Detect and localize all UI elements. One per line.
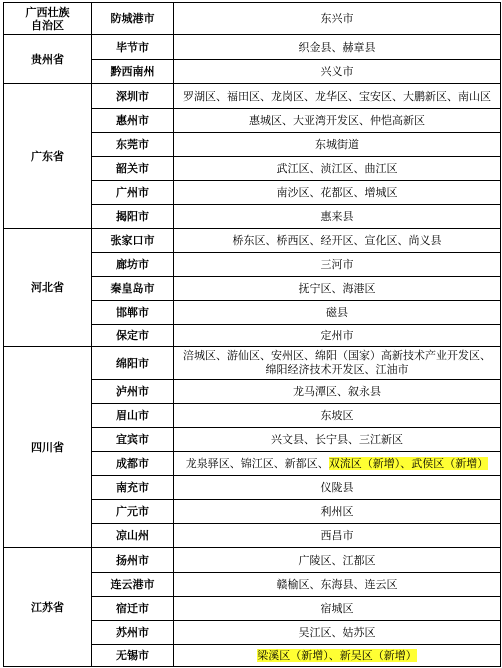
areas-cell: 涪城区、游仙区、安州区、绵阳（国家）高新技术产业开发区、 绵阳经济技术开发区、江… bbox=[174, 347, 501, 380]
areas-cell: 梁溪区（新增）、新吴区（新增） bbox=[174, 645, 501, 667]
areas-cell: 惠城区、大亚湾开发区、仲恺高新区 bbox=[174, 109, 501, 133]
city-cell: 凉山州 bbox=[92, 524, 174, 548]
city-cell: 连云港市 bbox=[92, 573, 174, 597]
areas-cell: 兴文县、长宁县、三江新区 bbox=[174, 428, 501, 452]
province-cell: 河北省 bbox=[4, 229, 92, 347]
areas-cell: 龙马潭区、叙永县 bbox=[174, 380, 501, 404]
table-row: 贵州省 毕节市 织金县、赫章县 bbox=[4, 35, 501, 60]
areas-cell: 东城街道 bbox=[174, 133, 501, 157]
table-row: 广西壮族 自治区 防城港市 东兴市 bbox=[4, 3, 501, 35]
areas-line1: 涪城区、游仙区、安州区、绵阳（国家）高新技术产业开发区、 bbox=[176, 349, 498, 363]
city-cell: 张家口市 bbox=[92, 229, 174, 253]
areas-cell: 龙泉驿区、锦江区、新都区、双流区（新增）、武侯区（新增） bbox=[174, 452, 501, 476]
city-cell: 无锡市 bbox=[92, 645, 174, 667]
areas-cell: 赣榆区、东海县、连云区 bbox=[174, 573, 501, 597]
table-row: 江苏省 扬州市 广陵区、江都区 bbox=[4, 548, 501, 573]
province-cell: 广东省 bbox=[4, 84, 92, 229]
province-cell: 广西壮族 自治区 bbox=[4, 3, 92, 35]
city-cell: 秦皇岛市 bbox=[92, 277, 174, 301]
city-cell: 东莞市 bbox=[92, 133, 174, 157]
city-cell: 绵阳市 bbox=[92, 347, 174, 380]
areas-cell: 利州区 bbox=[174, 500, 501, 524]
areas-cell: 武江区、浈江区、曲江区 bbox=[174, 157, 501, 181]
city-cell: 广元市 bbox=[92, 500, 174, 524]
areas-cell: 吴江区、姑苏区 bbox=[174, 621, 501, 645]
city-cell: 揭阳市 bbox=[92, 205, 174, 229]
province-cell: 贵州省 bbox=[4, 35, 92, 84]
city-cell: 廊坊市 bbox=[92, 253, 174, 277]
city-cell: 深圳市 bbox=[92, 84, 174, 109]
areas-cell: 织金县、赫章县 bbox=[174, 35, 501, 60]
region-table: 广西壮族 自治区 防城港市 东兴市 贵州省 毕节市 织金县、赫章县 黔西南州 兴… bbox=[3, 2, 501, 667]
city-cell: 成都市 bbox=[92, 452, 174, 476]
city-cell: 保定市 bbox=[92, 325, 174, 347]
table-row: 四川省 绵阳市 涪城区、游仙区、安州区、绵阳（国家）高新技术产业开发区、 绵阳经… bbox=[4, 347, 501, 380]
city-cell: 苏州市 bbox=[92, 621, 174, 645]
city-cell: 南充市 bbox=[92, 476, 174, 500]
table-row: 广东省 深圳市 罗湖区、福田区、龙岗区、龙华区、宝安区、大鹏新区、南山区 bbox=[4, 84, 501, 109]
city-cell: 宜宾市 bbox=[92, 428, 174, 452]
province-name-line2: 自治区 bbox=[6, 19, 89, 32]
areas-cell: 兴义市 bbox=[174, 60, 501, 84]
province-cell: 四川省 bbox=[4, 347, 92, 548]
province-cell: 江苏省 bbox=[4, 548, 92, 667]
areas-plain: 龙泉驿区、锦江区、新都区、 bbox=[186, 457, 329, 470]
areas-cell: 桥东区、桥西区、经开区、宣化区、尚义县 bbox=[174, 229, 501, 253]
city-cell: 扬州市 bbox=[92, 548, 174, 573]
areas-cell: 广陵区、江都区 bbox=[174, 548, 501, 573]
areas-line2: 绵阳经济技术开发区、江油市 bbox=[176, 363, 498, 377]
city-cell: 广州市 bbox=[92, 181, 174, 205]
areas-cell: 仪陇县 bbox=[174, 476, 501, 500]
areas-cell: 东坡区 bbox=[174, 404, 501, 428]
city-cell: 韶关市 bbox=[92, 157, 174, 181]
city-cell: 宿迁市 bbox=[92, 597, 174, 621]
areas-cell: 磁县 bbox=[174, 301, 501, 325]
areas-cell: 宿城区 bbox=[174, 597, 501, 621]
areas-cell: 南沙区、花都区、增城区 bbox=[174, 181, 501, 205]
areas-cell: 东兴市 bbox=[174, 3, 501, 35]
areas-highlighted: 梁溪区（新增）、新吴区（新增） bbox=[257, 649, 417, 662]
areas-cell: 罗湖区、福田区、龙岗区、龙华区、宝安区、大鹏新区、南山区 bbox=[174, 84, 501, 109]
areas-cell: 三河市 bbox=[174, 253, 501, 277]
areas-cell: 抚宁区、海港区 bbox=[174, 277, 501, 301]
areas-cell: 定州市 bbox=[174, 325, 501, 347]
city-cell: 毕节市 bbox=[92, 35, 174, 60]
areas-cell: 惠来县 bbox=[174, 205, 501, 229]
city-cell: 惠州市 bbox=[92, 109, 174, 133]
table-row: 河北省 张家口市 桥东区、桥西区、经开区、宣化区、尚义县 bbox=[4, 229, 501, 253]
city-cell: 黔西南州 bbox=[92, 60, 174, 84]
city-cell: 防城港市 bbox=[92, 3, 174, 35]
province-name-line1: 广西壮族 bbox=[6, 6, 89, 19]
areas-highlighted: 双流区（新增）、武侯区（新增） bbox=[329, 457, 489, 470]
city-cell: 泸州市 bbox=[92, 380, 174, 404]
city-cell: 眉山市 bbox=[92, 404, 174, 428]
city-cell: 邯郸市 bbox=[92, 301, 174, 325]
areas-cell: 西昌市 bbox=[174, 524, 501, 548]
